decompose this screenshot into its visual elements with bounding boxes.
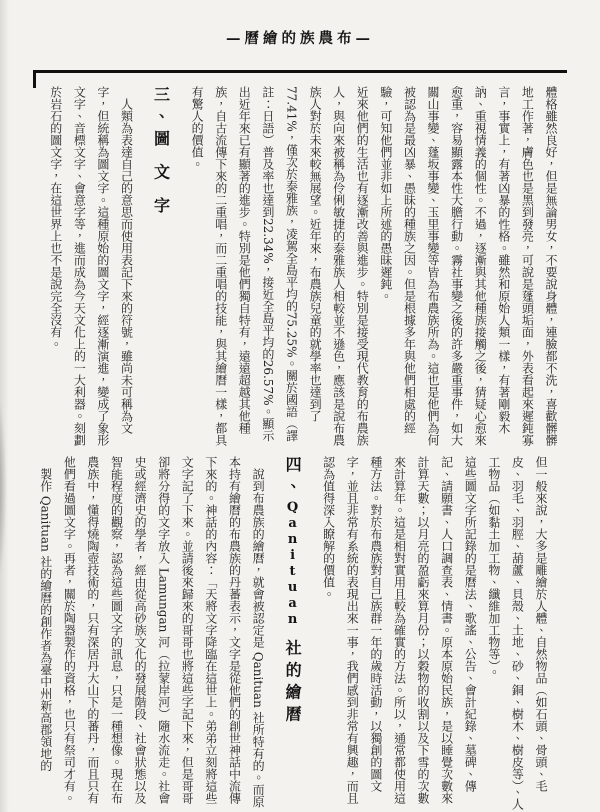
paragraph-calendar-creator: 製作 Qanituan 社的繪曆的創作者為臺中州新高郡領地的 bbox=[33, 456, 57, 812]
paragraph-calendar-origin-myth: 說到布農族的繪曆，就會被認定是 Qanituan 社所特有的。而原本持有繪曆的布… bbox=[57, 456, 269, 812]
paragraph-pictograph-media: 但一般來說，大多是雕繪於人體、自然物品（如石頭、骨頭、毛皮、羽毛、羽脛、葫蘆、貝… bbox=[481, 456, 552, 812]
paragraph-pictograph-intro: 人類為表達自己的意思而使用表記下來的符號，雖尚未可稱為文字，但統稱為圖文字。這種… bbox=[43, 86, 137, 446]
section-heading-number: 四、 bbox=[283, 456, 302, 500]
header-rule-line bbox=[33, 70, 567, 73]
scan-gutter-smudge bbox=[0, 388, 7, 588]
scan-gutter-shade bbox=[0, 0, 9, 812]
section-heading-qanituan-calendar: 四、Qanituan 社的繪曆 bbox=[279, 456, 306, 812]
section-heading-suffix: 社的繪曆 bbox=[283, 628, 302, 728]
scanned-book-page: { "header": { "title": "—曆繪的族農布—" }, "bo… bbox=[0, 0, 600, 812]
running-head-title: —曆繪的族農布— bbox=[0, 27, 600, 48]
paragraph-progress: 近來他們的生活也有逐漸改善與進步。特別是接受現代教育的布農族人，與向來被稱為伶俐… bbox=[185, 86, 374, 446]
text-tier-upper: 體格雖然良好，但是無論男女，不要說身體，連臉都不洗，喜歡髒髒地工作著，膚色也是黑… bbox=[34, 86, 562, 446]
section-heading-latin-name: Qanituan bbox=[285, 500, 300, 628]
paragraph-pictograph-records: 這些圖文字所記錄的是曆法、歌謠、公告、會計紀錄、墓碑、傳記、請願書、人口調查表、… bbox=[316, 456, 481, 812]
text-tier-lower: 但一般來說，大多是雕繪於人體、自然物品（如石頭、骨頭、毛皮、羽毛、羽脛、葫蘆、貝… bbox=[24, 456, 552, 812]
paragraph-physique: 體格雖然良好，但是無論男女，不要說身體，連臉都不洗，喜歡髒髒地工作著，膚色也是黑… bbox=[373, 86, 562, 446]
section-heading-pictographs: 三、圖 文 字 bbox=[148, 86, 175, 446]
